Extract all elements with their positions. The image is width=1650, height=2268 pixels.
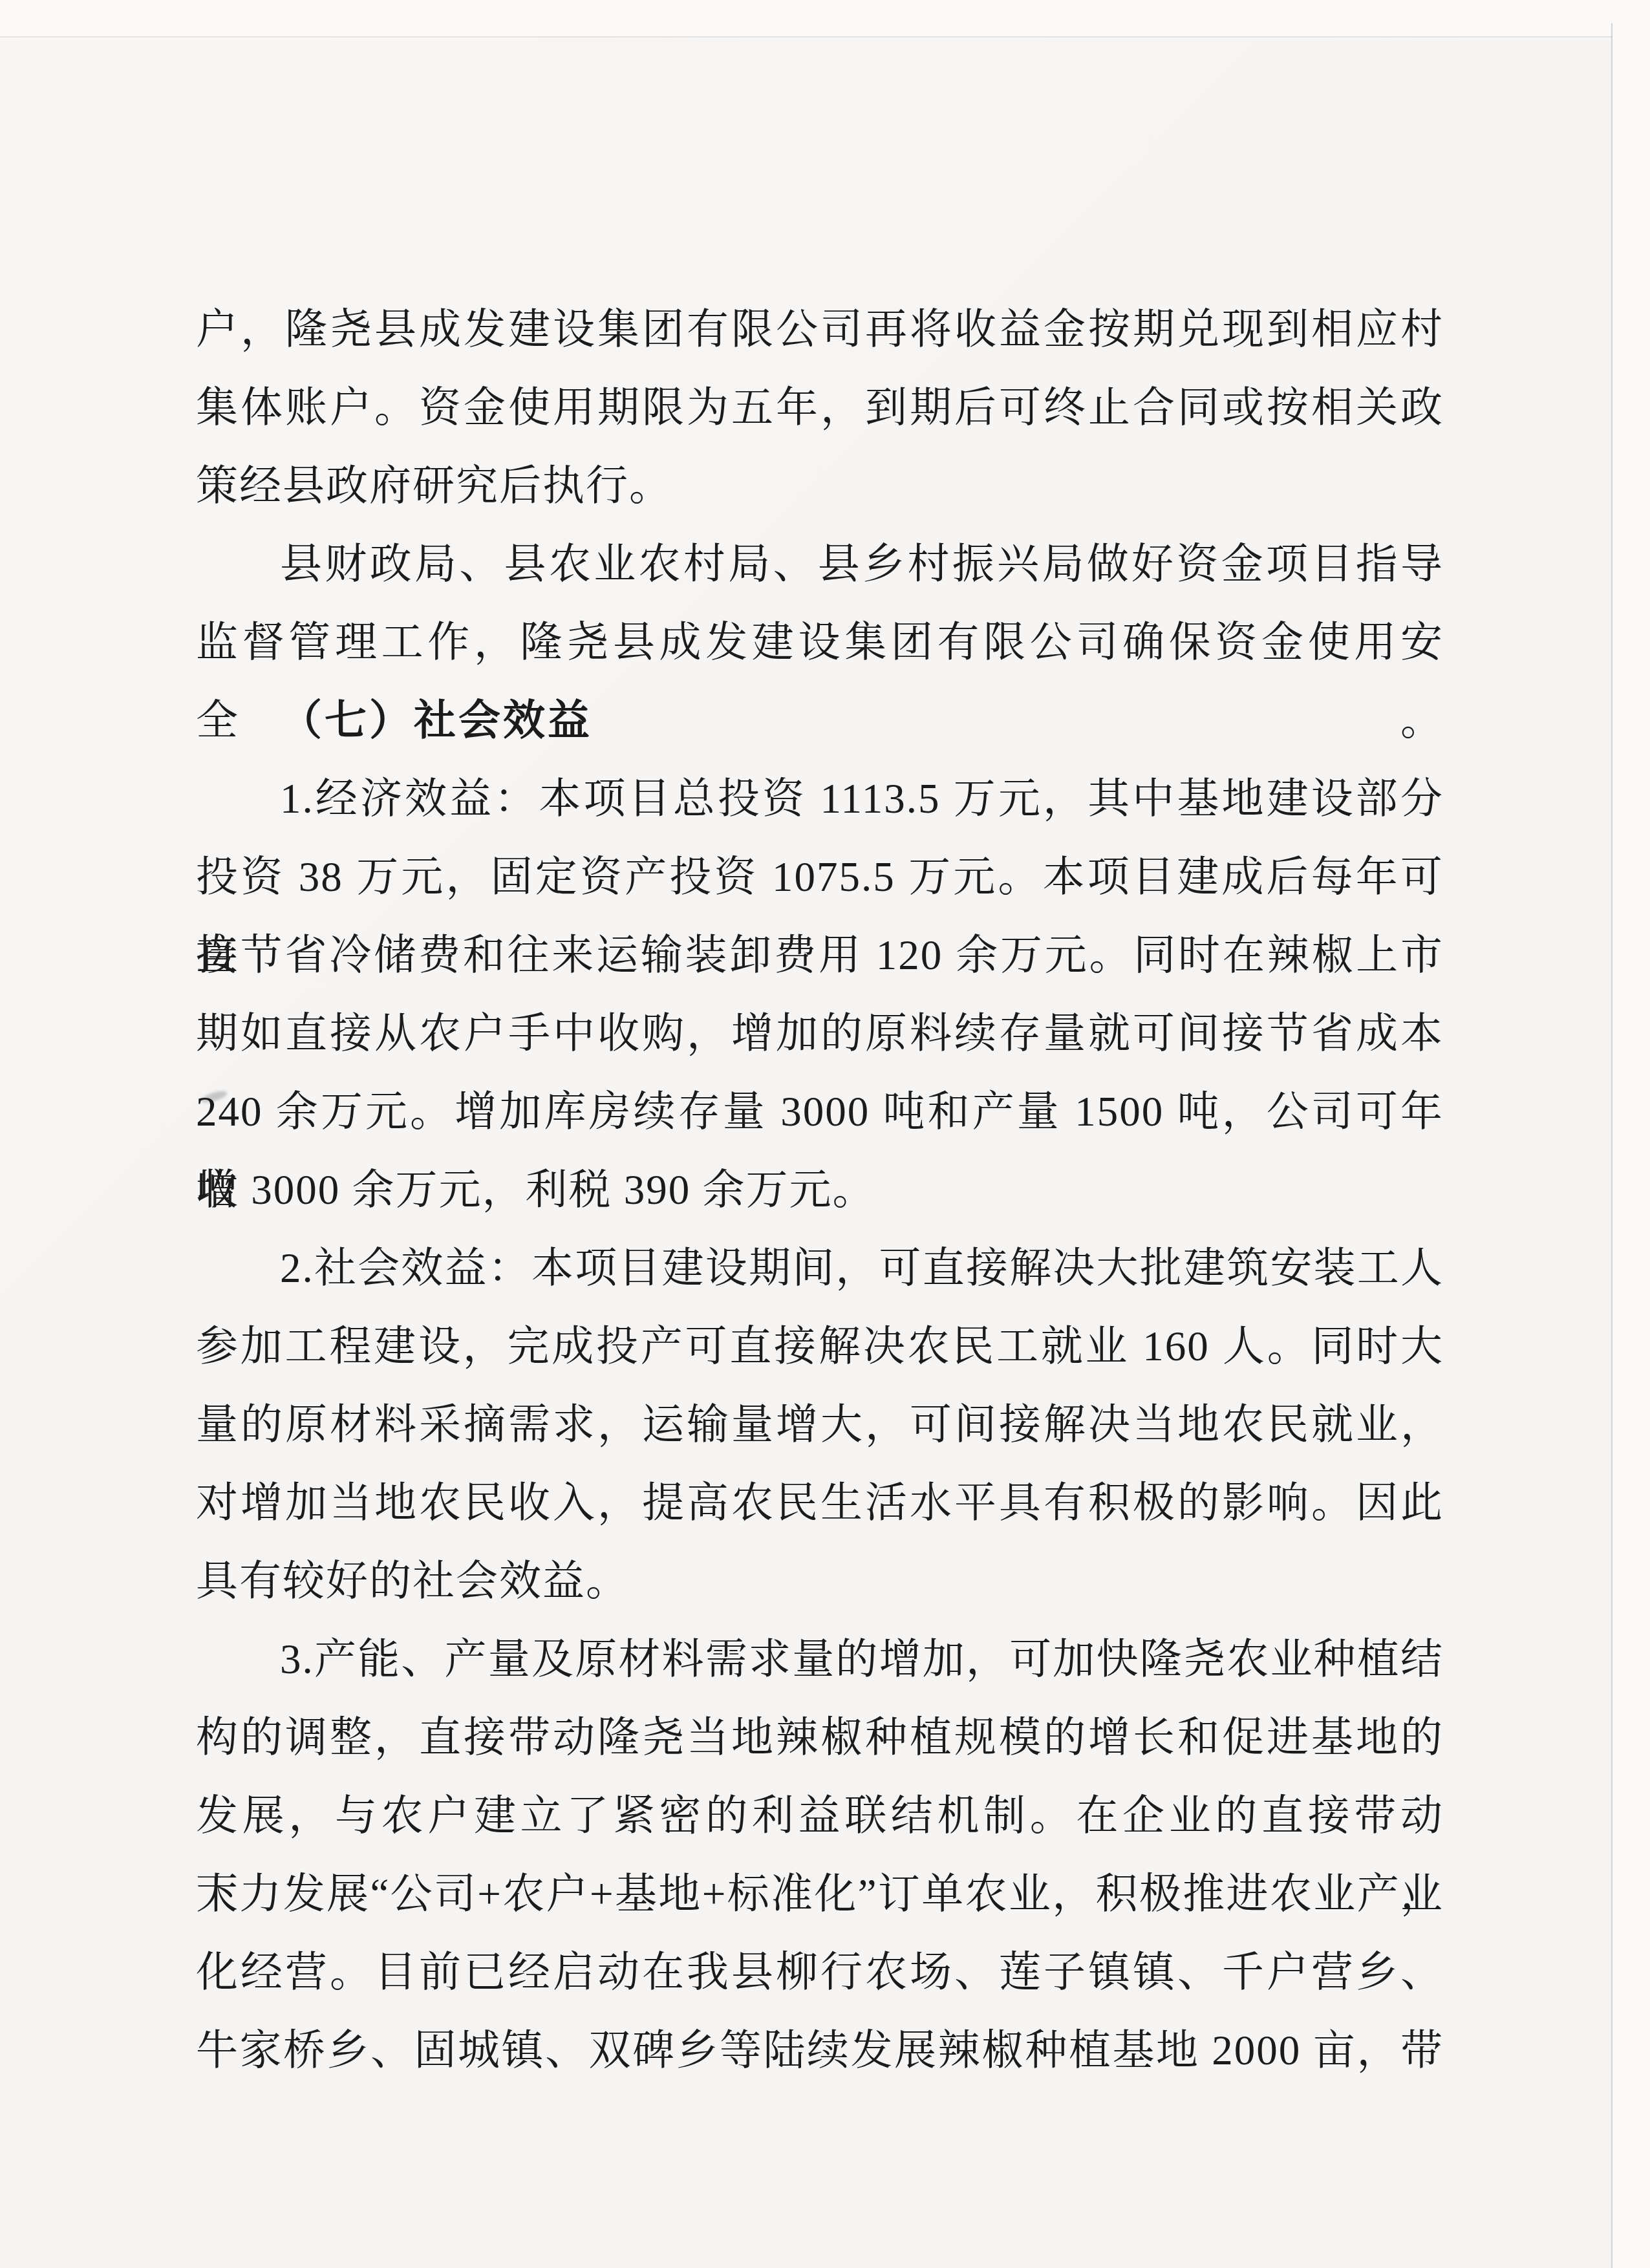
text-line: 县财政局、县农业农村局、县乡村振兴局做好资金项目指导	[196, 526, 1444, 604]
text-line: 策经县政府研究后执行。	[196, 447, 1444, 526]
text-line: 户，隆尧县成发建设集团有限公司再将收益金按期兑现到相应村	[196, 291, 1444, 369]
scanned-page: 户，隆尧县成发建设集团有限公司再将收益金按期兑现到相应村集体账户。资金使用期限为…	[0, 0, 1650, 2268]
scan-right-strip	[1612, 0, 1650, 2268]
scan-top-strip	[0, 0, 1650, 36]
text-line: 投资 38 万元，固定资产投资 1075.5 万元。本项目建成后每年可直	[196, 839, 1444, 917]
text-line: 牛家桥乡、固城镇、双碑乡等陆续发展辣椒种植基地 2000 亩，带	[196, 2012, 1444, 2090]
text-line: 大力发展“公司+农户+基地+标准化”订单农业，积极推进农业产业	[196, 1856, 1444, 1934]
text-line: 1.经济效益：本项目总投资 1113.5 万元，其中基地建设部分	[196, 760, 1444, 839]
text-line: 量的原材料采摘需求，运输量增大，可间接解决当地农民就业，	[196, 1386, 1444, 1464]
text-line: 对增加当地农民收入，提高农民生活水平具有积极的影响。因此	[196, 1464, 1444, 1543]
text-line: 2.社会效益：本项目建设期间，可直接解决大批建筑安装工人	[196, 1230, 1444, 1308]
text-line: 接节省冷储费和往来运输装卸费用 120 余万元。同时在辣椒上市	[196, 917, 1444, 995]
text-line: 监督管理工作，隆尧县成发建设集团有限公司确保资金使用安全。	[196, 604, 1444, 682]
text-line: 发展，与农户建立了紧密的利益联结机制。在企业的直接带动下，	[196, 1777, 1444, 1856]
text-line: 240 余万元。增加库房续存量 3000 吨和产量 1500 吨，公司可年增	[196, 1073, 1444, 1151]
text-line: 期如直接从农户手中收购，增加的原料续存量就可间接节省成本	[196, 995, 1444, 1073]
scan-top-edge	[0, 36, 1650, 37]
text-line: 3.产能、产量及原材料需求量的增加，可加快隆尧农业种植结	[196, 1621, 1444, 1699]
document-body: 户，隆尧县成发建设集团有限公司再将收益金按期兑现到相应村集体账户。资金使用期限为…	[196, 291, 1444, 2090]
text-line: 具有较好的社会效益。	[196, 1543, 1444, 1621]
text-line: 参加工程建设，完成投产可直接解决农民工就业 160 人。同时大	[196, 1308, 1444, 1386]
text-line: 集体账户。资金使用期限为五年，到期后可终止合同或按相关政	[196, 369, 1444, 447]
text-line: 收 3000 余万元，利税 390 余万元。	[196, 1151, 1444, 1230]
text-line: 构的调整，直接带动隆尧当地辣椒种植规模的增长和促进基地的	[196, 1699, 1444, 1777]
scan-right-edge	[1611, 23, 1612, 2268]
text-line: 化经营。目前已经启动在我县柳行农场、莲子镇镇、千户营乡、	[196, 1934, 1444, 2012]
